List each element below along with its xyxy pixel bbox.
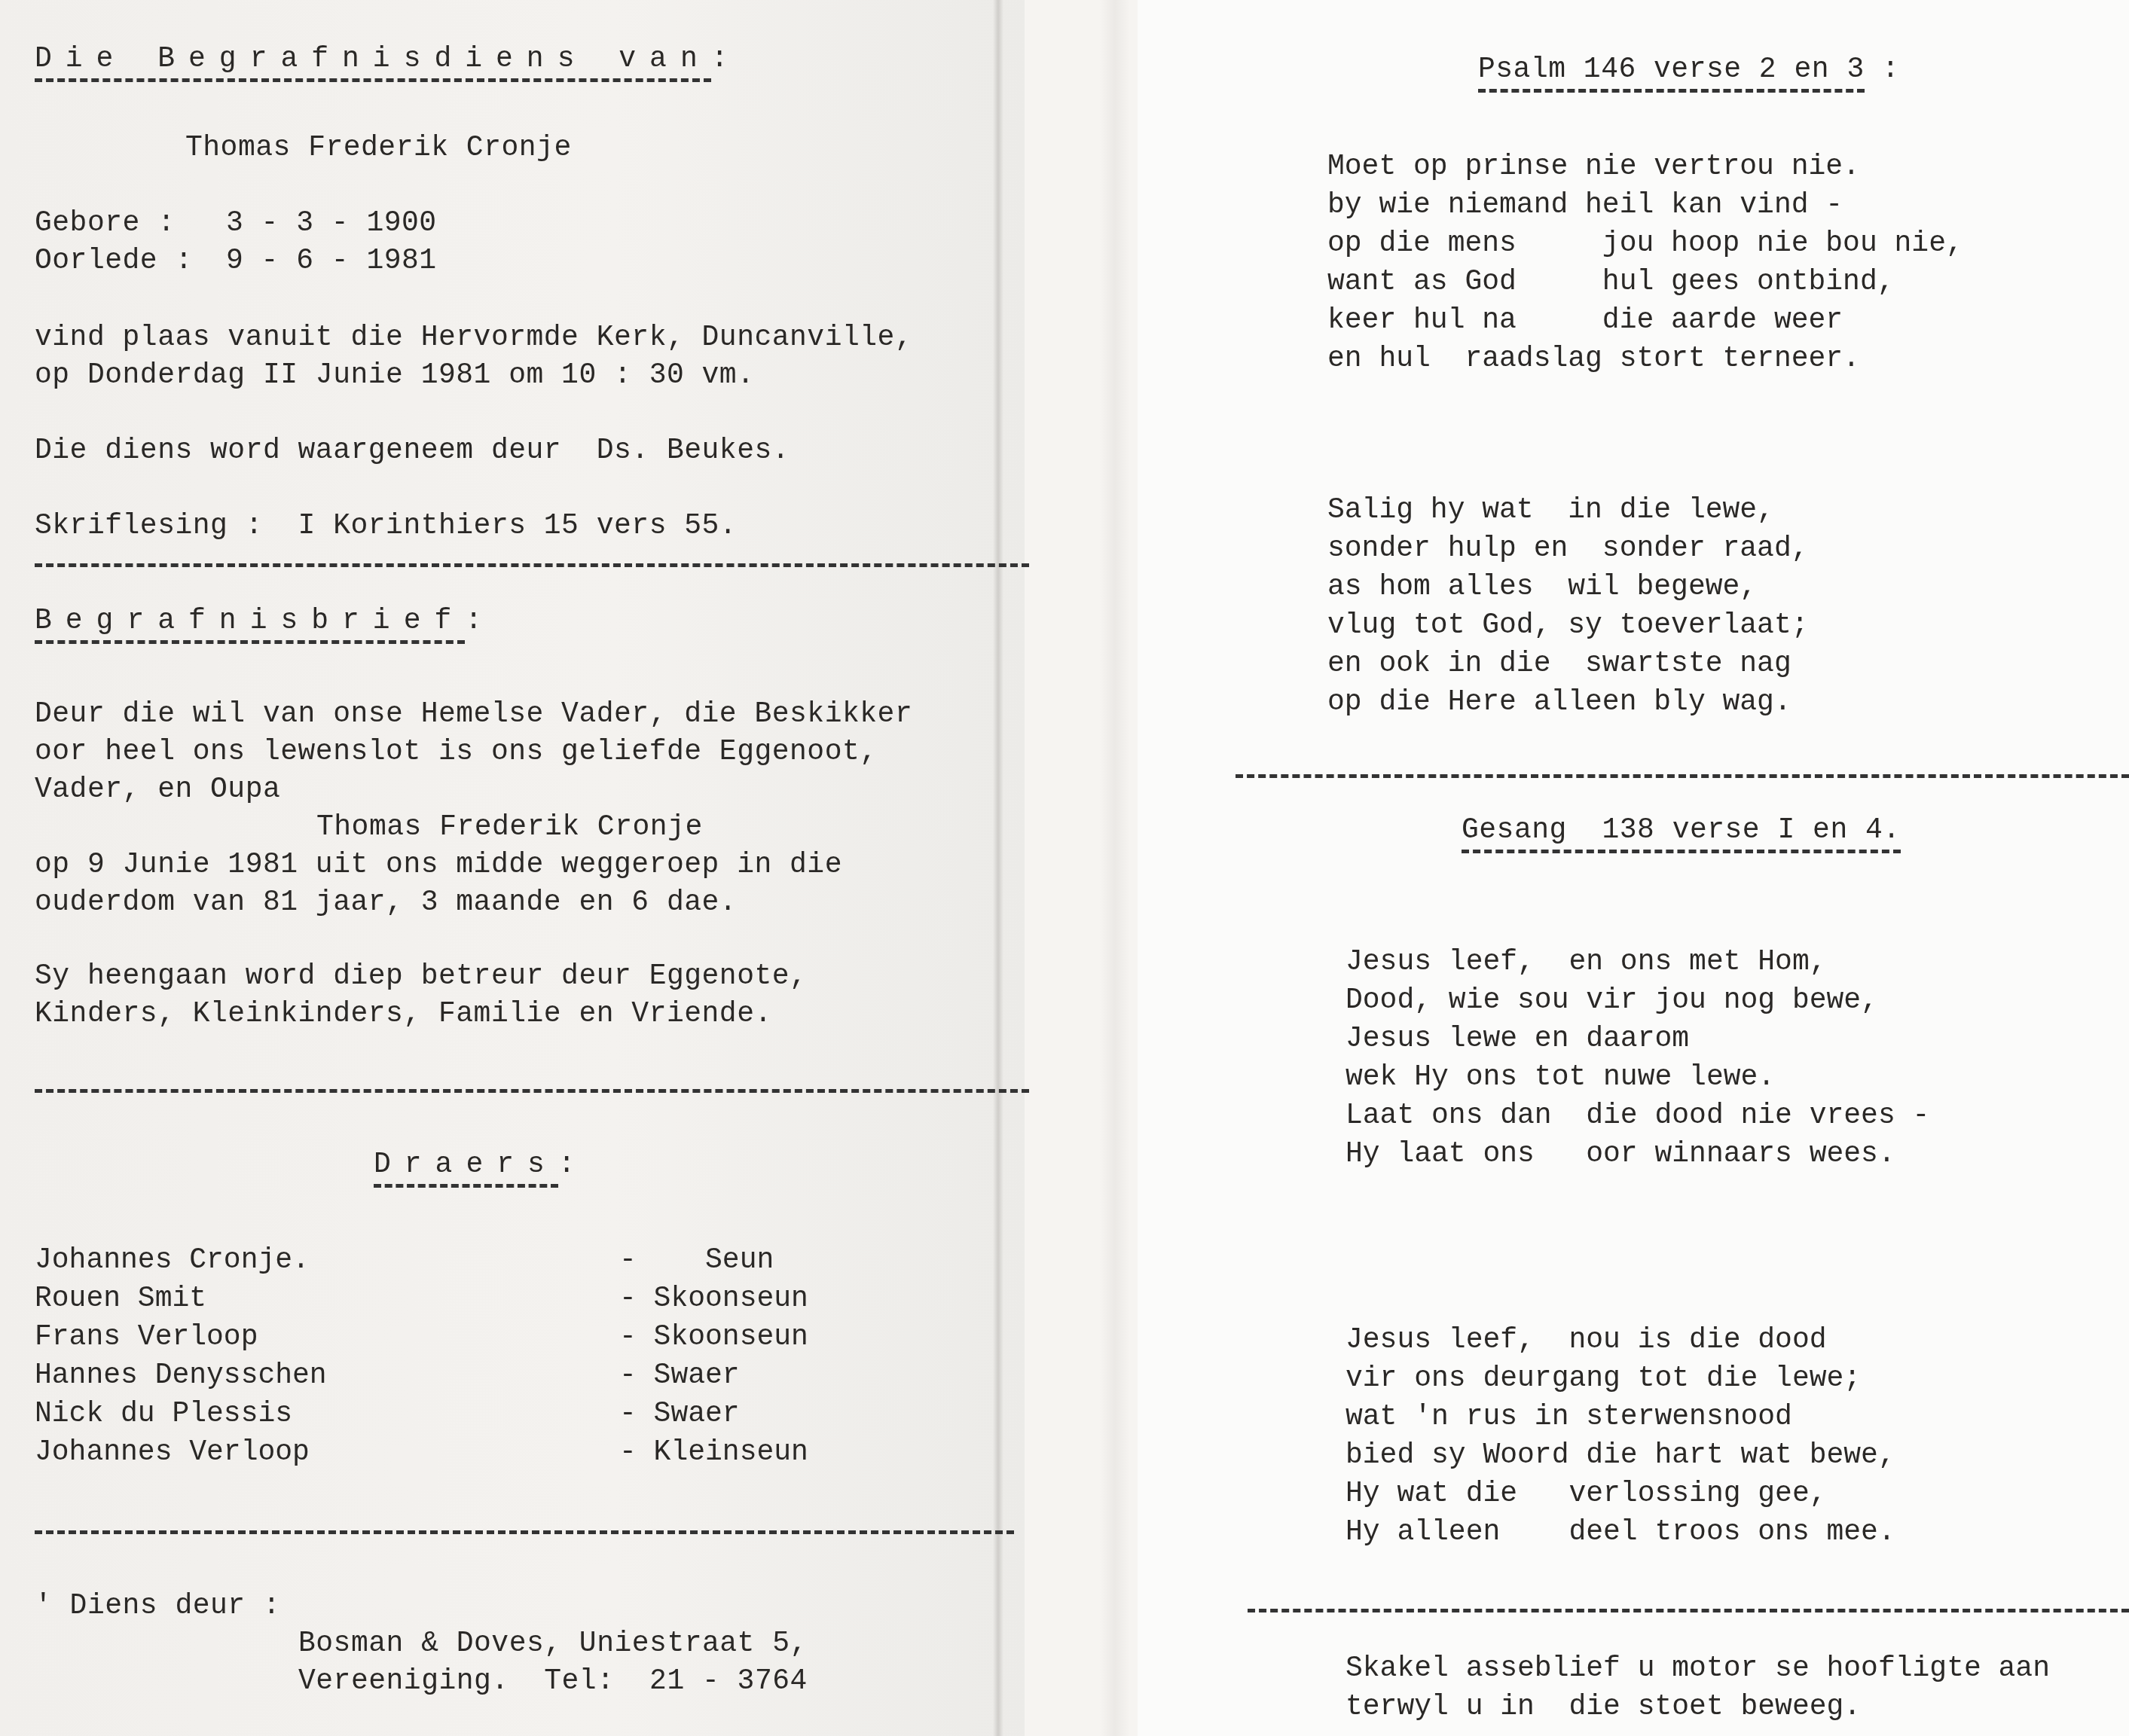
letter-name: Thomas Frederik Cronje	[316, 809, 703, 847]
service-line-1: vind plaas vanuit die Hervormde Kerk, Du…	[35, 319, 912, 357]
pallbearer-relation: - Skoonseun	[619, 1280, 808, 1318]
died-date: 9 - 6 - 1981	[226, 243, 437, 280]
verse-line: Jesus lewe en daarom	[1346, 1020, 1929, 1058]
verse-line: en hul raadslag stort terneer.	[1327, 340, 1963, 378]
verse-line: bied sy Woord die hart wat bewe,	[1346, 1436, 1895, 1475]
letter-line-3: Vader, en Oupa	[35, 771, 280, 809]
hymn-heading-text: Gesang 138 verse I en 4.	[1462, 814, 1901, 853]
verse-line: Hy wat die verlossing gee,	[1346, 1475, 1895, 1513]
officiant-line: Die diens word waargeneem deur Ds. Beuke…	[35, 432, 790, 470]
pallbearer-relation: - Swaer	[619, 1356, 808, 1395]
pallbearers-heading: Draers:	[374, 1146, 576, 1184]
service-line-2: op Donderdag II Junie 1981 om 10 : 30 vm…	[35, 357, 754, 395]
pallbearers-heading-text: Draers	[374, 1149, 558, 1188]
undertaker-line-1: Bosman & Doves, Uniestraat 5,	[298, 1625, 808, 1663]
psalm-verse-2: Salig hy wat in die lewe, sonder hulp en…	[1327, 491, 1809, 722]
divider	[1248, 1609, 2129, 1612]
letter-line-5: ouderdom van 81 jaar, 3 maande en 6 dae.	[35, 884, 737, 922]
undertaker-line-2: Vereeniging. Tel: 21 - 3764	[298, 1663, 808, 1701]
psalm-heading: Psalm 146 verse 2 en 3 :	[1478, 51, 1899, 89]
psalm-verse-1: Moet op prinse nie vertrou nie. by wie n…	[1327, 148, 1963, 378]
service-title-text: Die Begrafnisdiens van	[35, 43, 711, 82]
verse-line: op die Here alleen bly wag.	[1327, 683, 1809, 722]
verse-line: Hy alleen deel troos ons mee.	[1346, 1513, 1895, 1551]
deceased-name: Thomas Frederik Cronje	[185, 130, 572, 167]
pallbearer-relations: - Seun - Skoonseun - Skoonseun - Swaer -…	[619, 1241, 808, 1472]
hymn-heading: Gesang 138 verse I en 4.	[1462, 812, 1901, 850]
verse-line: Salig hy wat in die lewe,	[1327, 491, 1809, 529]
divider	[35, 1089, 1029, 1093]
divider	[1236, 774, 2129, 778]
pallbearer-relation: - Kleinseun	[619, 1433, 808, 1472]
hymn-verse-1: Jesus leef, en ons met Hom, Dood, wie so…	[1346, 943, 1929, 1173]
pallbearer-relation: - Skoonseun	[619, 1318, 808, 1356]
verse-line: Moet op prinse nie vertrou nie.	[1327, 148, 1963, 186]
letter-heading-text: Begrafnisbrief	[35, 605, 465, 644]
verse-line: op die mens jou hoop nie bou nie,	[1327, 224, 1963, 263]
title-colon: :	[711, 43, 742, 75]
psalm-heading-text: Psalm 146 verse 2 en 3	[1478, 53, 1865, 93]
divider	[35, 563, 1029, 567]
undertaker-label: ' Diens deur :	[35, 1588, 280, 1625]
hymn-verse-2: Jesus leef, nou is die dood vir ons deur…	[1346, 1321, 1895, 1551]
service-title: Die Begrafnisdiens van:	[35, 41, 742, 78]
pallbearer-relation: - Seun	[619, 1241, 808, 1280]
letter-line-2: oor heel ons lewenslot is ons geliefde E…	[35, 734, 878, 771]
pallbearer-name: Johannes Cronje.	[35, 1241, 327, 1280]
verse-line: en ook in die swartste nag	[1327, 645, 1809, 683]
closing-note: Skakel asseblief u motor se hoofligte aa…	[1346, 1649, 2050, 1726]
scripture-line: Skriflesing : I Korinthiers 15 vers 55.	[35, 508, 737, 545]
verse-line: as hom alles wil begewe,	[1327, 568, 1809, 606]
died-label: Oorlede :	[35, 243, 193, 280]
pallbearer-name: Frans Verloop	[35, 1318, 327, 1356]
pallbearer-name: Johannes Verloop	[35, 1433, 327, 1472]
verse-line: Jesus leef, en ons met Hom,	[1346, 943, 1929, 981]
pallbearer-name: Nick du Plessis	[35, 1395, 327, 1433]
verse-line: sonder hulp en sonder raad,	[1327, 529, 1809, 568]
verse-line: Dood, wie sou vir jou nog bewe,	[1346, 981, 1929, 1020]
pallbearers-heading-colon: :	[558, 1149, 576, 1181]
psalm-heading-colon: :	[1865, 53, 1900, 86]
verse-line: wat 'n rus in sterwensnood	[1346, 1398, 1895, 1436]
letter-heading: Begrafnisbrief:	[35, 603, 496, 640]
verse-line: wek Hy ons tot nuwe lewe.	[1346, 1058, 1929, 1097]
verse-line: keer hul na die aarde weer	[1327, 301, 1963, 340]
letter-line-4: op 9 Junie 1981 uit ons midde weggeroep …	[35, 847, 842, 884]
verse-line: Hy laat ons oor winnaars wees.	[1346, 1135, 1929, 1173]
letter-heading-colon: :	[465, 605, 496, 637]
closing-line: terwyl u in die stoet beweeg.	[1346, 1688, 2050, 1726]
closing-line: Skakel asseblief u motor se hoofligte aa…	[1346, 1649, 2050, 1688]
pallbearer-name: Hannes Denysschen	[35, 1356, 327, 1395]
paper-crease	[1100, 0, 1130, 1736]
mourners-line-2: Kinders, Kleinkinders, Familie en Vriend…	[35, 996, 772, 1033]
born-label: Gebore :	[35, 205, 175, 243]
pallbearer-name: Rouen Smit	[35, 1280, 327, 1318]
born-date: 3 - 3 - 1900	[226, 205, 437, 243]
verse-line: Jesus leef, nou is die dood	[1346, 1321, 1895, 1359]
verse-line: vir ons deurgang tot die lewe;	[1346, 1359, 1895, 1398]
verse-line: Laat ons dan die dood nie vrees -	[1346, 1097, 1929, 1135]
page-fold	[993, 0, 1003, 1736]
verse-line: vlug tot God, sy toeverlaat;	[1327, 606, 1809, 645]
pallbearer-relation: - Swaer	[619, 1395, 808, 1433]
verse-line: want as God hul gees ontbind,	[1327, 263, 1963, 301]
letter-line-1: Deur die wil van onse Hemelse Vader, die…	[35, 696, 912, 734]
pallbearer-names: Johannes Cronje. Rouen Smit Frans Verloo…	[35, 1241, 327, 1472]
mourners-line-1: Sy heengaan word diep betreur deur Eggen…	[35, 958, 807, 996]
verse-line: by wie niemand heil kan vind -	[1327, 186, 1963, 224]
divider	[35, 1530, 1014, 1534]
